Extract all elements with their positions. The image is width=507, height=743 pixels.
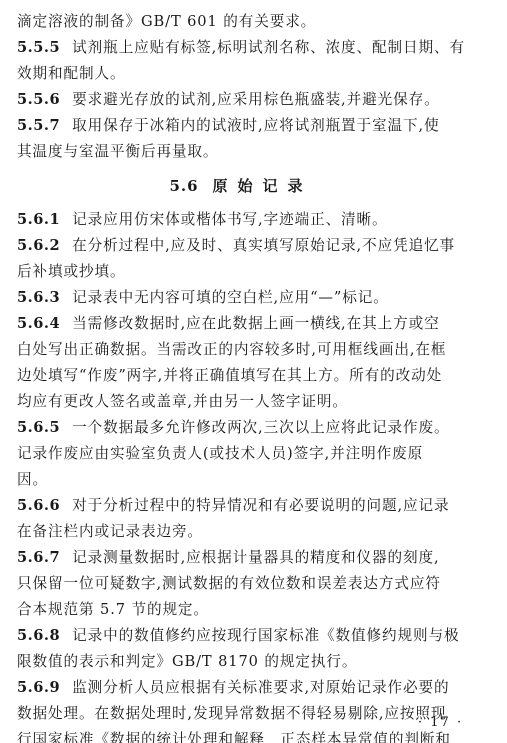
- line-text: 在分析过程中,应及时、真实填写原始记录,不应凭追忆事: [72, 237, 455, 254]
- line-text: 边处填写“作废”两字,并将正确值填写在其上方。所有的改动处: [17, 367, 442, 384]
- line-text: 记录表中无内容可填的空白栏,应用“—”标记。: [72, 289, 389, 306]
- clause-number: 5.6.6: [17, 497, 60, 514]
- text-line: 滴定溶液的制备》GB/T 601 的有关要求。: [17, 12, 316, 32]
- clause-number: 5.5.5: [17, 39, 60, 56]
- section-heading: 5.6原始记录: [17, 176, 465, 196]
- line-text: 记录作废应由实验室负责人(或技术人员)签字,并注明作废原: [17, 445, 423, 462]
- text-line: 因。: [17, 470, 48, 490]
- text-line: 边处填写“作废”两字,并将正确值填写在其上方。所有的改动处: [17, 366, 442, 386]
- text-line: 均应有更改人签名或盖章,并由另一人签字证明。: [17, 392, 348, 412]
- clause-number: 5.6.3: [17, 289, 60, 306]
- clause-number: 5.6.8: [17, 627, 60, 644]
- text-line: 合本规范第 5.7 节的规定。: [17, 600, 209, 620]
- line-text: 监测分析人员应根据有关标准要求,对原始记录作必要的: [72, 679, 449, 696]
- section-number: 5.6: [169, 177, 198, 195]
- clause-number: 5.6.1: [17, 211, 60, 228]
- clause-5-6-1: 5.6.1记录应用仿宋体或楷体书写,字迹端正、清晰。: [17, 210, 388, 230]
- line-text: 合本规范第 5.7 节的规定。: [17, 601, 209, 618]
- text-line: 限数值的表示和判定》GB/T 8170 的规定执行。: [17, 652, 357, 672]
- clause-5-5-7: 5.5.7取用保存于冰箱内的试液时,应将试剂瓶置于室温下,使: [17, 116, 440, 136]
- clause-5-6-6: 5.6.6对于分析过程中的特异情况和有必要说明的问题,应记录: [17, 496, 450, 516]
- line-text: 记录应用仿宋体或楷体书写,字迹端正、清晰。: [72, 211, 387, 228]
- text-line: 只保留一位可疑数字,测试数据的有效位数和误差表达方式应符: [17, 574, 441, 594]
- line-text: 只保留一位可疑数字,测试数据的有效位数和误差表达方式应符: [17, 575, 441, 592]
- clause-number: 5.6.7: [17, 549, 60, 566]
- section-title: 原始记录: [213, 177, 313, 195]
- line-text: 取用保存于冰箱内的试液时,应将试剂瓶置于室温下,使: [72, 117, 439, 134]
- clause-5-6-4: 5.6.4当需修改数据时,应在此数据上画一横线,在其上方或空: [17, 314, 440, 334]
- clause-number: 5.5.6: [17, 91, 60, 108]
- line-text: 后补填或抄填。: [17, 263, 125, 280]
- clause-5-6-9: 5.6.9监测分析人员应根据有关标准要求,对原始记录作必要的: [17, 678, 450, 698]
- line-text: 试剂瓶上应贴有标签,标明试剂名称、浓度、配制日期、有: [72, 39, 465, 56]
- clause-5-6-5: 5.6.5一个数据最多允许修改两次,三次以上应将此记录作废。: [17, 418, 450, 438]
- line-text: 在备注栏内或记录表边旁。: [17, 523, 203, 540]
- line-text: 数据处理。在数据处理时,发现异常数据不得轻易剔除,应按照现: [17, 705, 446, 722]
- line-text: 当需修改数据时,应在此数据上画一横线,在其上方或空: [72, 315, 439, 332]
- line-text: 效期和配制人。: [17, 65, 125, 82]
- line-text: 对于分析过程中的特异情况和有必要说明的问题,应记录: [72, 497, 449, 514]
- clause-5-6-2: 5.6.2在分析过程中,应及时、真实填写原始记录,不应凭追忆事: [17, 236, 455, 256]
- clause-5-6-7: 5.6.7记录测量数据时,应根据计量器具的精度和仪器的刻度,: [17, 548, 440, 568]
- text-line: 记录作废应由实验室负责人(或技术人员)签字,并注明作废原: [17, 444, 423, 464]
- page-number: · 17 ·: [418, 714, 463, 732]
- line-text: 记录测量数据时,应根据计量器具的精度和仪器的刻度,: [72, 549, 439, 566]
- text-line: 效期和配制人。: [17, 64, 125, 84]
- text-line: 后补填或抄填。: [17, 262, 125, 282]
- clause-number: 5.6.5: [17, 419, 60, 436]
- text-line: 数据处理。在数据处理时,发现异常数据不得轻易剔除,应按照现: [17, 704, 446, 724]
- clause-5-5-6: 5.5.6要求避光存放的试剂,应采用棕色瓶盛装,并避光保存。: [17, 90, 440, 110]
- clause-number: 5.6.2: [17, 237, 60, 254]
- text-line: 行国家标准《数据的统计处理和解释 正态样本异常值的判断和: [17, 730, 451, 743]
- line-text: 限数值的表示和判定》GB/T 8170 的规定执行。: [17, 653, 357, 670]
- line-text: 行国家标准《数据的统计处理和解释 正态样本异常值的判断和: [17, 731, 451, 743]
- line-text: 要求避光存放的试剂,应采用棕色瓶盛装,并避光保存。: [72, 91, 439, 108]
- clause-5-6-8: 5.6.8记录中的数值修约应按现行国家标准《数值修约规则与极: [17, 626, 459, 646]
- line-text: 记录中的数值修约应按现行国家标准《数值修约规则与极: [72, 627, 459, 644]
- text-line: 其温度与室温平衡后再量取。: [17, 142, 218, 162]
- line-text: 滴定溶液的制备》GB/T 601 的有关要求。: [17, 13, 316, 30]
- line-text: 白处写出正确数据。当需改正的内容较多时,可用框线画出,在框: [17, 341, 446, 358]
- line-text: 均应有更改人签名或盖章,并由另一人签字证明。: [17, 393, 348, 410]
- clause-number: 5.6.4: [17, 315, 60, 332]
- line-text: 因。: [17, 471, 48, 488]
- text-line: 在备注栏内或记录表边旁。: [17, 522, 203, 542]
- clause-number: 5.6.9: [17, 679, 60, 696]
- clause-number: 5.5.7: [17, 117, 60, 134]
- line-text: 其温度与室温平衡后再量取。: [17, 143, 218, 160]
- clause-5-5-5: 5.5.5试剂瓶上应贴有标签,标明试剂名称、浓度、配制日期、有: [17, 38, 465, 58]
- text-line: 白处写出正确数据。当需改正的内容较多时,可用框线画出,在框: [17, 340, 446, 360]
- line-text: 一个数据最多允许修改两次,三次以上应将此记录作废。: [72, 419, 449, 436]
- clause-5-6-3: 5.6.3记录表中无内容可填的空白栏,应用“—”标记。: [17, 288, 389, 308]
